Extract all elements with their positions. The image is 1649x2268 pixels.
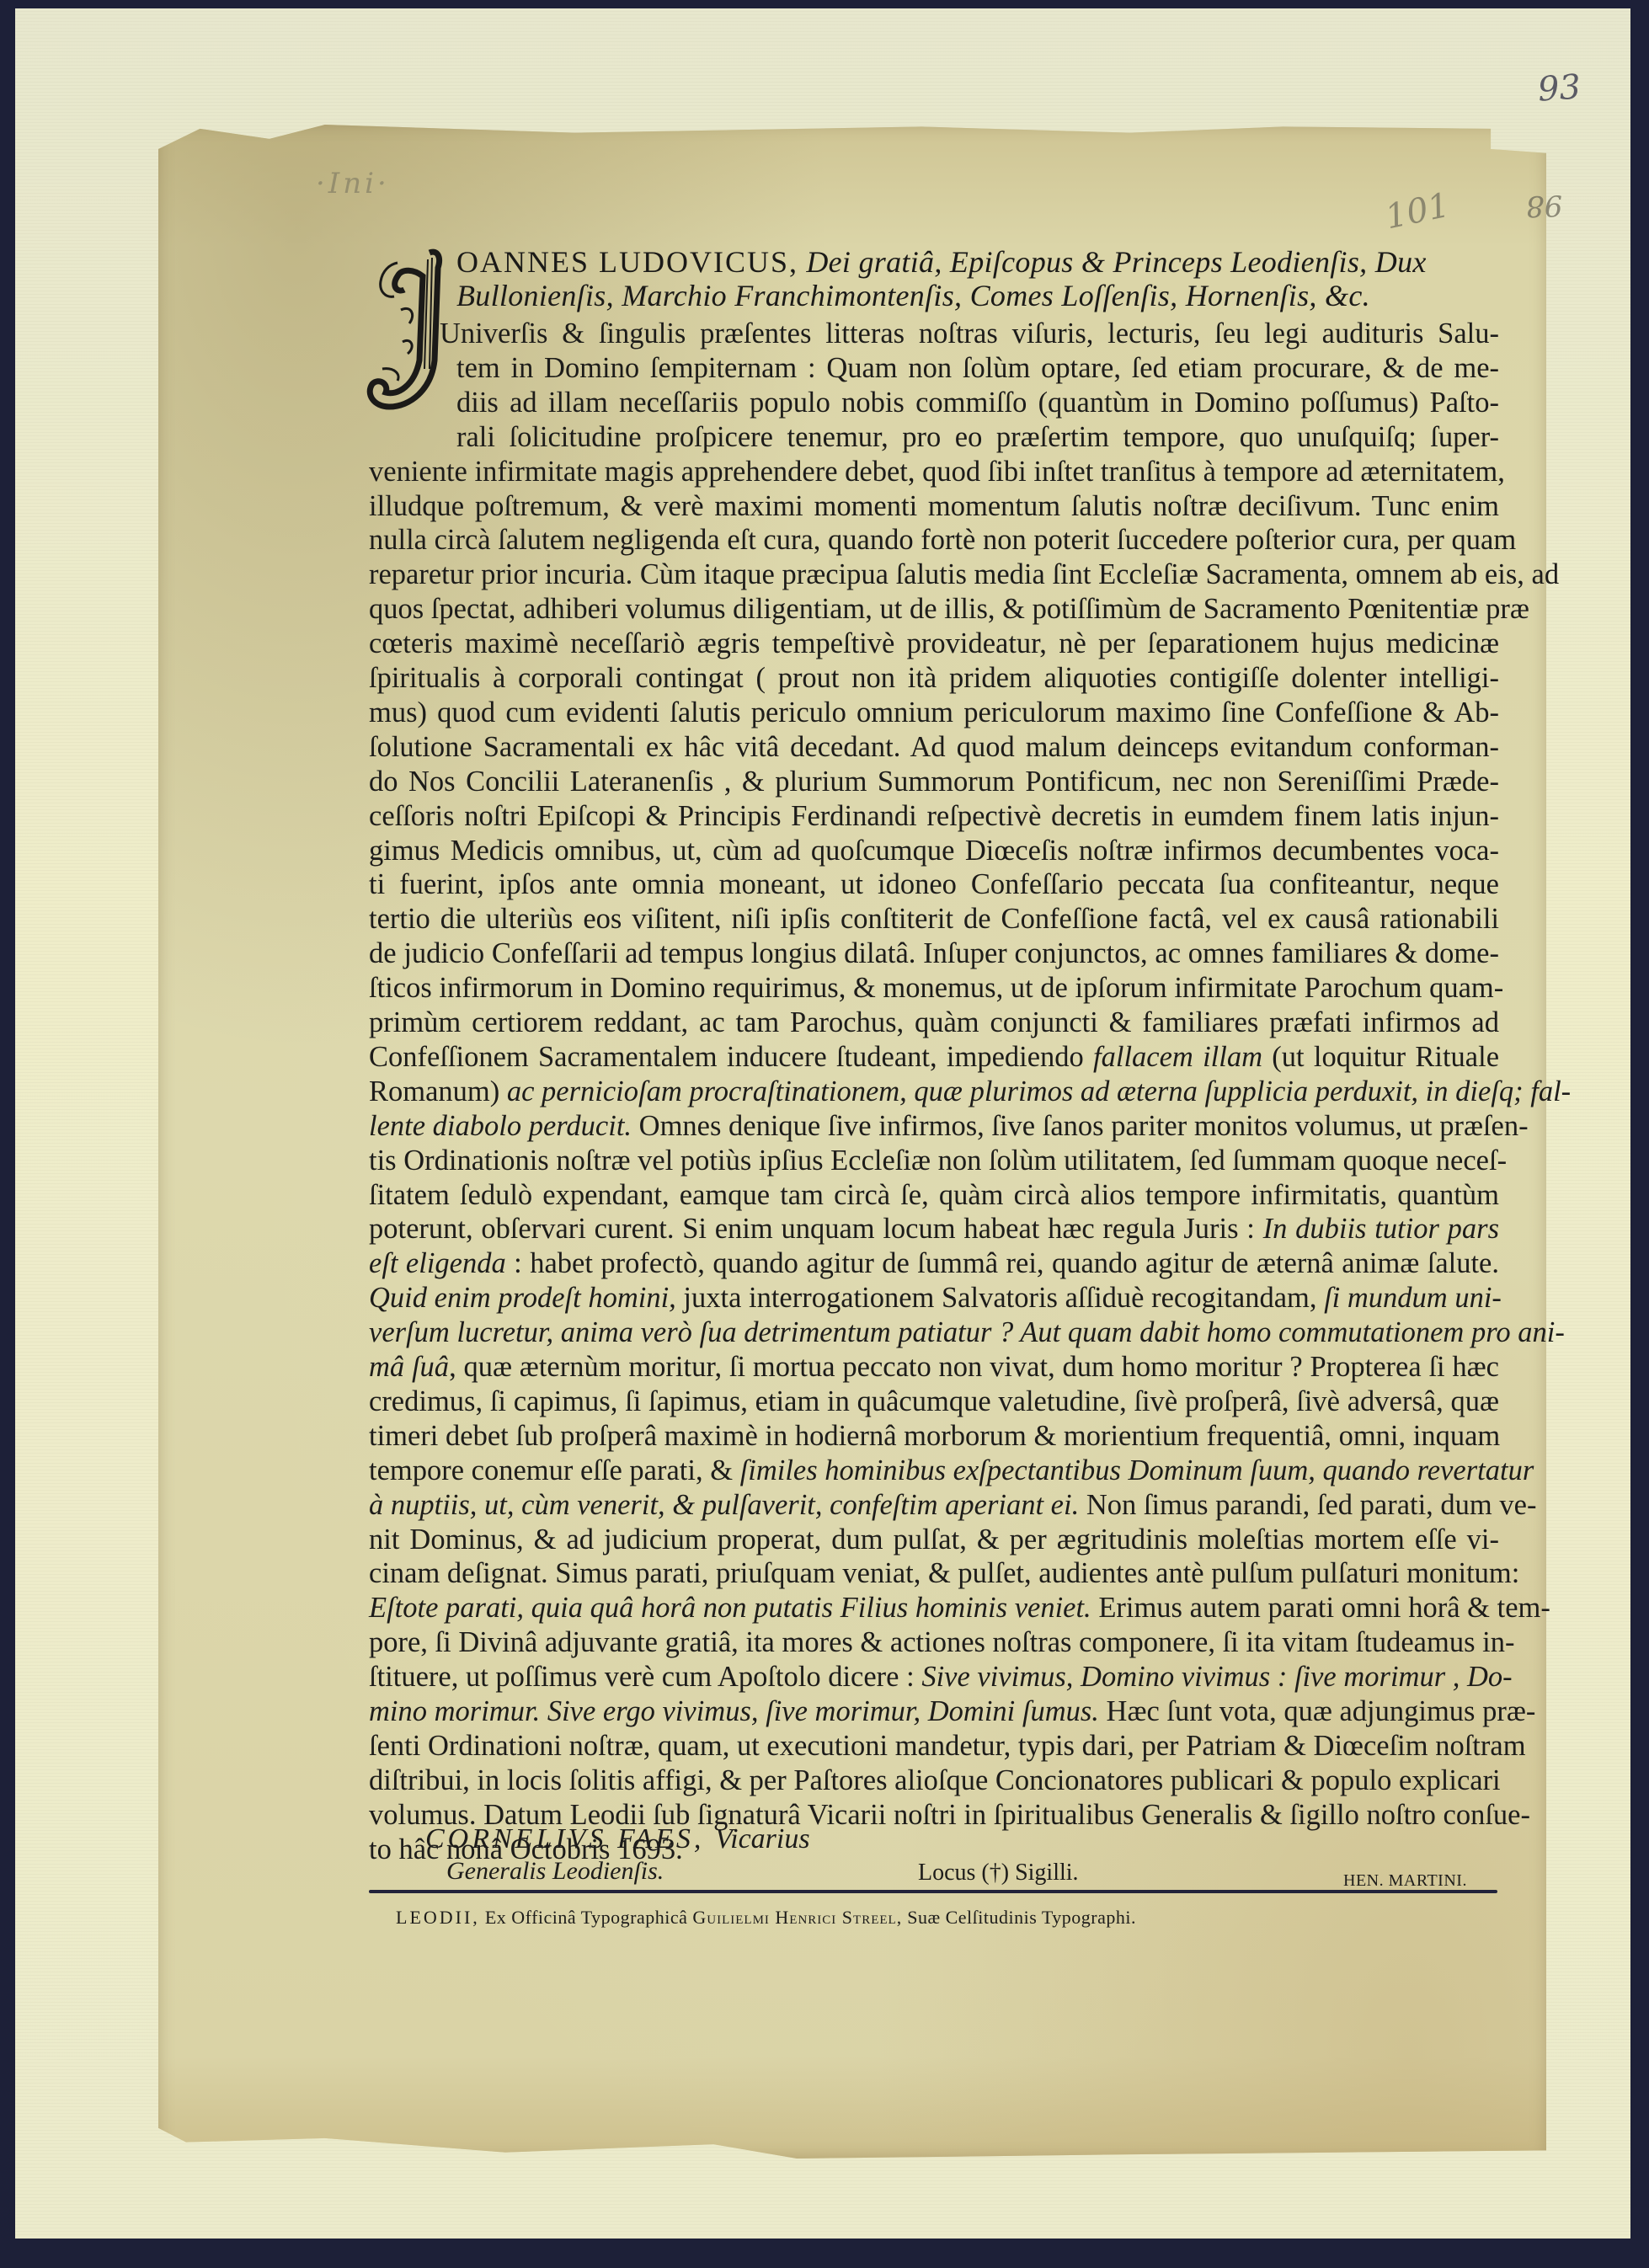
body-line: primùm certiorem reddant, ac tam Parochu…	[369, 1006, 1499, 1040]
text-segment: diſtribui, in locis ſolitis affigi, & pe…	[369, 1764, 1501, 1796]
body-line: mino morimur. Sive ergo vivimus, ſive mo…	[369, 1694, 1499, 1729]
secretary-signature: HEN. MARTINI.	[1343, 1871, 1467, 1891]
text-segment: Hæc ſunt vota, quæ adjungimus præ-	[1099, 1695, 1535, 1727]
body-line: mus) quod cum evidenti ſalutis periculo …	[369, 696, 1499, 730]
bishop-titles-1: Dei gratiâ, Epiſcopus & Princeps Leodien…	[806, 245, 1426, 279]
bishop-titles-2: Bullonienſis, Marchio Franchimontenſis, …	[456, 279, 1370, 312]
body-line: rali ſolicitudine proſpicere tenemur, pr…	[456, 420, 1499, 455]
body-line: timeri debet ſub proſperâ maximè in hodi…	[369, 1419, 1499, 1454]
seal-place: Locus (†) Sigilli.	[918, 1860, 1079, 1886]
pencil-mark-98: 98	[1525, 188, 1563, 222]
italic-segment: ſimiles hominibus exſpectantibus Dominum…	[740, 1454, 1534, 1486]
body-line: lente diabolo perducit. Omnes denique ſi…	[369, 1109, 1499, 1144]
body-line: nulla circà ſalutem negligenda eſt cura,…	[369, 523, 1499, 558]
text-segment: cœteris maximè neceſſariò ægris tempeſti…	[369, 627, 1499, 659]
body-line: nit Dominus, & ad judicium properat, dum…	[369, 1523, 1499, 1557]
text-segment: rali ſolicitudine proſpicere tenemur, pr…	[456, 421, 1499, 453]
vicar-title-2: Generalis Leodienſis.	[446, 1857, 664, 1886]
body-line: tempore conemur eſſe parati, & ſimiles h…	[369, 1454, 1499, 1488]
body-line: ſtituere, ut poſſimus verè cum Apoſtolo …	[369, 1660, 1499, 1694]
body-line: illudque poſtremum, & verè maximi moment…	[369, 489, 1499, 524]
vicar-title-1: Vicarius	[715, 1823, 810, 1854]
body-line: veniente infirmitate magis apprehendere …	[369, 455, 1499, 489]
text-segment: de judicio Confeſſarii ad tempus longius…	[369, 937, 1499, 969]
text-segment: ſtituere, ut poſſimus verè cum Apoſtolo …	[369, 1661, 921, 1693]
text-segment: Romanum)	[369, 1075, 507, 1107]
body-line: ti fuerint, ipſos ante omnia moneant, ut…	[369, 867, 1499, 902]
italic-segment: mino morimur. Sive ergo vivimus, ſive mo…	[369, 1695, 1099, 1727]
text-segment: ceſſoris noſtri Epiſcopi & Principis Fer…	[369, 800, 1499, 832]
body-line: Eſtote parati, quia quâ horâ non putatis…	[369, 1591, 1499, 1625]
text-segment: do Nos Concilii Lateranenſis , & plurium…	[369, 766, 1499, 798]
imprint-place: LEODII,	[396, 1907, 480, 1928]
italic-segment: Quid enim prodeſt homini,	[369, 1282, 676, 1314]
body-line: de judicio Confeſſarii ad tempus longius…	[369, 937, 1499, 971]
text-segment: pore, ſi Divinâ adjuvante gratiâ, ita mo…	[369, 1626, 1514, 1658]
body-line: cœteris maximè neceſſariò ægris tempeſti…	[369, 627, 1499, 661]
printer-imprint: LEODII, Ex Officinâ Typographicâ Guiliel…	[396, 1907, 1136, 1929]
body-line: gimus Medicis omnibus, ut, cùm ad quoſcu…	[369, 834, 1499, 868]
text-segment: tertio die ulteriùs eos viſitent, niſi i…	[369, 903, 1499, 935]
vicar-signature: CORNELIVS FAES, Vicarius	[425, 1823, 810, 1855]
text-segment: Non ſimus parandi, ſed parati, dum ve-	[1079, 1489, 1536, 1521]
imprint-text-1: Ex Officinâ Typographicâ	[485, 1907, 688, 1928]
text-segment: ſenti Ordinationi noſtræ, quam, ut execu…	[369, 1730, 1526, 1762]
italic-segment: mâ ſuâ	[369, 1351, 449, 1383]
body-line: reparetur prior incuria. Cùm itaque præc…	[369, 558, 1499, 592]
vicar-name: CORNELIVS FAES,	[425, 1823, 704, 1854]
body-line: tem in Domino ſempiternam : Quam non ſol…	[456, 351, 1499, 386]
italic-segment: ſi mundum uni-	[1324, 1282, 1502, 1314]
text-segment: illudque poſtremum, & verè maximi moment…	[369, 490, 1499, 522]
text-segment: ſitatem ſedulò expendant, eamque tam cir…	[369, 1179, 1499, 1211]
text-segment: nulla circà ſalutem negligenda eſt cura,…	[369, 524, 1516, 556]
body-line: ceſſoris noſtri Epiſcopi & Principis Fer…	[369, 799, 1499, 834]
body-line: diſtribui, in locis ſolitis affigi, & pe…	[369, 1764, 1499, 1798]
text-segment: ti fuerint, ipſos ante omnia moneant, ut…	[369, 868, 1499, 900]
body-line: tis Ordinationis noſtræ vel potiùs ipſiu…	[369, 1144, 1499, 1178]
body-line: cinam deſignat. Simus parati, priuſquam …	[369, 1556, 1499, 1591]
body-line: diis ad illam neceſſariis populo nobis c…	[456, 386, 1499, 420]
text-segment: timeri debet ſub proſperâ maximè in hodi…	[369, 1420, 1500, 1452]
folio-number: 93	[1536, 67, 1582, 109]
text-segment: poterunt, obſervari curent. Si enim unqu…	[369, 1213, 1263, 1245]
text-segment: tempore conemur eſſe parati, &	[369, 1454, 740, 1486]
text-segment: Univerſis & ſingulis præſentes litteras …	[440, 318, 1499, 350]
italic-segment: verſum lucretur, anima verò ſua detrimen…	[369, 1316, 1565, 1348]
body-line: Confeſſionem Sacramentalem inducere ſtud…	[369, 1040, 1499, 1075]
text-segment: ſolutione Sacramentali ex hâc vitâ deced…	[369, 731, 1499, 763]
text-segment: juxta interrogationem Salvatoris aſſiduè…	[676, 1282, 1324, 1314]
text-segment: , quæ æternùm moritur, ſi mortua peccato…	[449, 1351, 1499, 1383]
text-segment: ſticos infirmorum in Domino requirimus, …	[369, 972, 1503, 1004]
text-segment: diis ad illam neceſſariis populo nobis c…	[456, 387, 1499, 419]
text-segment: (ut loquitur Rituale	[1262, 1041, 1499, 1073]
header-line-2: Bullonienſis, Marchio Franchimontenſis, …	[456, 278, 1370, 313]
italic-segment: ac pernicioſam procraſtinationem, quæ pl…	[507, 1075, 1571, 1107]
body-line: poterunt, obſervari curent. Si enim unqu…	[369, 1212, 1499, 1246]
italic-segment: fallacem illam	[1093, 1041, 1262, 1073]
body-line: ſpiritualis à corporali contingat ( prou…	[369, 661, 1499, 696]
imprint-printer: Guilielmi Henrici Streel,	[692, 1907, 902, 1928]
text-segment: quos ſpectat, adhiberi volumus diligenti…	[369, 593, 1529, 625]
body-line: Quid enim prodeſt homini, juxta interrog…	[369, 1281, 1499, 1315]
body-line: ſitatem ſedulò expendant, eamque tam cir…	[369, 1178, 1499, 1213]
body-line: à nuptiis, ut, cùm venerit, & pulſaverit…	[369, 1488, 1499, 1523]
imprint-text-2: Suæ Celſitudinis Typographi.	[907, 1907, 1136, 1928]
body-line: tertio die ulteriùs eos viſitent, niſi i…	[369, 902, 1499, 937]
body-line: ſticos infirmorum in Domino requirimus, …	[369, 971, 1499, 1006]
italic-segment: In dubiis tutior pars	[1263, 1213, 1499, 1245]
text-segment: credimus, ſi capimus, ſi ſapimus, etiam …	[369, 1385, 1499, 1417]
text-segment: Erimus autem parati omni horâ & tem-	[1091, 1592, 1550, 1624]
text-segment: primùm certiorem reddant, ac tam Parochu…	[369, 1006, 1499, 1038]
body-line: Romanum) ac pernicioſam procraſtinatione…	[369, 1075, 1499, 1109]
ink-mark: ·Ini·	[316, 167, 390, 200]
body-line: mâ ſuâ, quæ æternùm moritur, ſi mortua p…	[369, 1350, 1499, 1385]
text-segment: Omnes denique ſive infirmos, ſive ſanos …	[632, 1110, 1529, 1142]
bishop-name: OANNES LUDOVICUS,	[456, 245, 798, 279]
text-segment: cinam deſignat. Simus parati, priuſquam …	[369, 1557, 1519, 1589]
horizontal-rule	[369, 1890, 1497, 1893]
header-line-1: OANNES LUDOVICUS, Dei gratiâ, Epiſcopus …	[456, 244, 1427, 280]
body-line: do Nos Concilii Lateranenſis , & plurium…	[369, 765, 1499, 799]
body-line: Univerſis & ſingulis præſentes litteras …	[440, 317, 1499, 351]
text-segment: veniente infirmitate magis apprehendere …	[369, 456, 1505, 488]
italic-segment: à nuptiis, ut, cùm venerit, & pulſaverit…	[369, 1489, 1079, 1521]
italic-segment: Eſtote parati, quia quâ horâ non putatis…	[369, 1592, 1091, 1624]
italic-segment: lente diabolo perducit.	[369, 1110, 632, 1142]
body-line: ſenti Ordinationi noſtræ, quam, ut execu…	[369, 1729, 1499, 1764]
body-line: ſolutione Sacramentali ex hâc vitâ deced…	[369, 730, 1499, 765]
text-segment: ſpiritualis à corporali contingat ( prou…	[369, 662, 1499, 694]
text-segment: tis Ordinationis noſtræ vel potiùs ipſiu…	[369, 1145, 1507, 1177]
text-segment: : habet profectò, quando agitur de ſummâ…	[506, 1247, 1499, 1279]
body-line: verſum lucretur, anima verò ſua detrimen…	[369, 1315, 1499, 1350]
italic-segment: Sive vivimus, Domino vivimus : ſive mori…	[921, 1661, 1512, 1693]
body-line: eſt eligenda : habet profectò, quando ag…	[369, 1246, 1499, 1281]
text-segment: tem in Domino ſempiternam : Quam non ſol…	[456, 352, 1499, 384]
body-line: credimus, ſi capimus, ſi ſapimus, etiam …	[369, 1385, 1499, 1419]
italic-segment: eſt eligenda	[369, 1247, 506, 1279]
body-line: quos ſpectat, adhiberi volumus diligenti…	[369, 592, 1499, 627]
text-segment: mus) quod cum evidenti ſalutis periculo …	[369, 696, 1499, 728]
body-line: pore, ſi Divinâ adjuvante gratiâ, ita mo…	[369, 1625, 1499, 1660]
text-segment: reparetur prior incuria. Cùm itaque præc…	[369, 558, 1559, 590]
text-segment: gimus Medicis omnibus, ut, cùm ad quoſcu…	[369, 835, 1499, 867]
text-segment: Confeſſionem Sacramentalem inducere ſtud…	[369, 1041, 1093, 1073]
ornamental-drop-cap-icon: I	[364, 243, 448, 411]
text-segment: nit Dominus, & ad judicium properat, dum…	[369, 1524, 1499, 1556]
